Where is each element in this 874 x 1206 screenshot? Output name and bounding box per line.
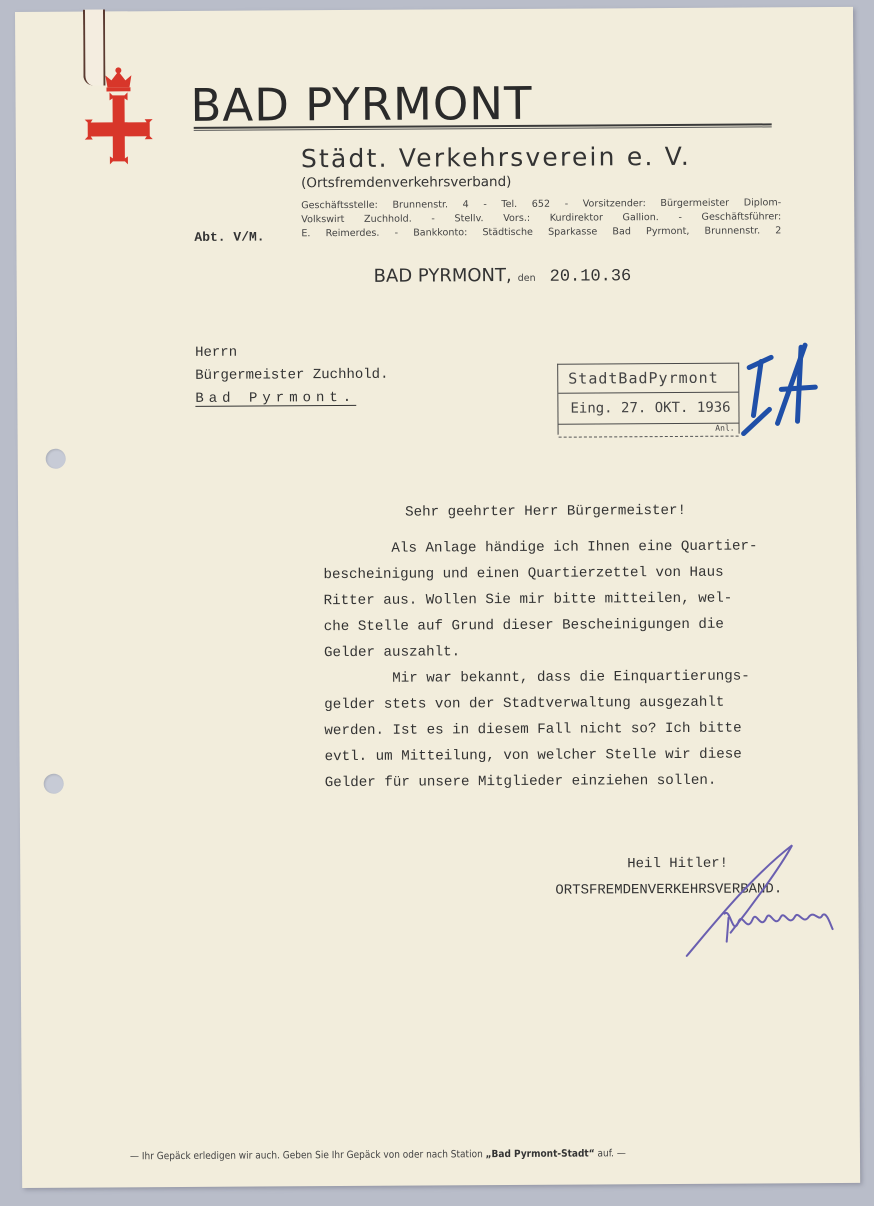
info-line: E. Reimerdes. - Bankkonto: Städtische Sp… bbox=[301, 224, 781, 241]
body-line: Als Anlage händige ich Ihnen eine Quarti… bbox=[323, 533, 853, 562]
stamp-received-date: Eing. 27. OKT. 1936 bbox=[558, 393, 738, 425]
letterhead-subtitle: Städt. Verkehrsverein e. V. bbox=[301, 142, 691, 173]
footer-prefix: — Ihr Gepäck erledigen wir auch. Geben S… bbox=[130, 1149, 486, 1162]
body-line: Mir war bekannt, dass die Einquartierung… bbox=[324, 663, 854, 692]
reference-code: Abt. V/M. bbox=[194, 229, 264, 244]
recipient-address: Herrn Bürgermeister Zuchhold. Bad Pyrmon… bbox=[195, 341, 389, 411]
letterhead-subtitle-2: (Ortsfremdenverkehrsverband) bbox=[301, 174, 511, 191]
footer-suffix: auf. — bbox=[595, 1148, 626, 1159]
recipient-line: Bürgermeister Zuchhold. bbox=[195, 364, 388, 388]
body-line: che Stelle auf Grund dieser Bescheinigun… bbox=[324, 611, 854, 640]
letterhead-title: BAD PYRMONT bbox=[190, 77, 532, 132]
body-line: Ritter aus. Wollen Sie mir bitte mitteil… bbox=[324, 585, 854, 614]
body-line: werden. Ist es in diesem Fall nicht so? … bbox=[324, 715, 854, 744]
body-line: evtl. um Mitteilung, von welcher Stelle … bbox=[324, 741, 854, 770]
body-line: gelder stets von der Stadtverwaltung aus… bbox=[324, 689, 854, 718]
punch-hole bbox=[46, 449, 66, 469]
body-line: bescheinigung und einen Quartierzettel v… bbox=[323, 559, 853, 588]
red-cross-with-crown-icon bbox=[81, 65, 156, 175]
stamp-attachments: Anl. bbox=[559, 424, 739, 438]
dateline-city: BAD PYRMONT, bbox=[374, 265, 512, 287]
handwritten-ia-annotation-icon bbox=[739, 337, 820, 437]
punch-hole bbox=[44, 774, 64, 794]
signature-icon bbox=[680, 837, 851, 968]
body-line: Gelder für unsere Mitglieder einziehen s… bbox=[325, 767, 855, 796]
letter-date: 20.10.36 bbox=[550, 267, 632, 286]
salutation: Sehr geehrter Herr Bürgermeister! bbox=[323, 497, 853, 526]
letter-body: Sehr geehrter Herr Bürgermeister! Als An… bbox=[323, 497, 855, 796]
stamp-authority: StadtBadPyrmont bbox=[558, 364, 738, 394]
body-line: Gelder auszahlt. bbox=[324, 637, 854, 666]
received-stamp: StadtBadPyrmont Eing. 27. OKT. 1936 Anl. bbox=[557, 363, 739, 435]
dateline: BAD PYRMONT,den20.10.36 bbox=[374, 264, 632, 288]
dateline-den: den bbox=[518, 273, 536, 284]
letterhead-info: Geschäftsstelle: Brunnenstr. 4 - Tel. 65… bbox=[301, 196, 781, 241]
footer-note: — Ihr Gepäck erledigen wir auch. Geben S… bbox=[130, 1148, 626, 1162]
recipient-city: Bad Pyrmont. bbox=[195, 387, 388, 411]
footer-station: „Bad Pyrmont-Stadt“ bbox=[486, 1148, 595, 1160]
recipient-line: Herrn bbox=[195, 341, 388, 365]
letter-page: BAD PYRMONT Städt. Verkehrsverein e. V. … bbox=[15, 7, 860, 1188]
